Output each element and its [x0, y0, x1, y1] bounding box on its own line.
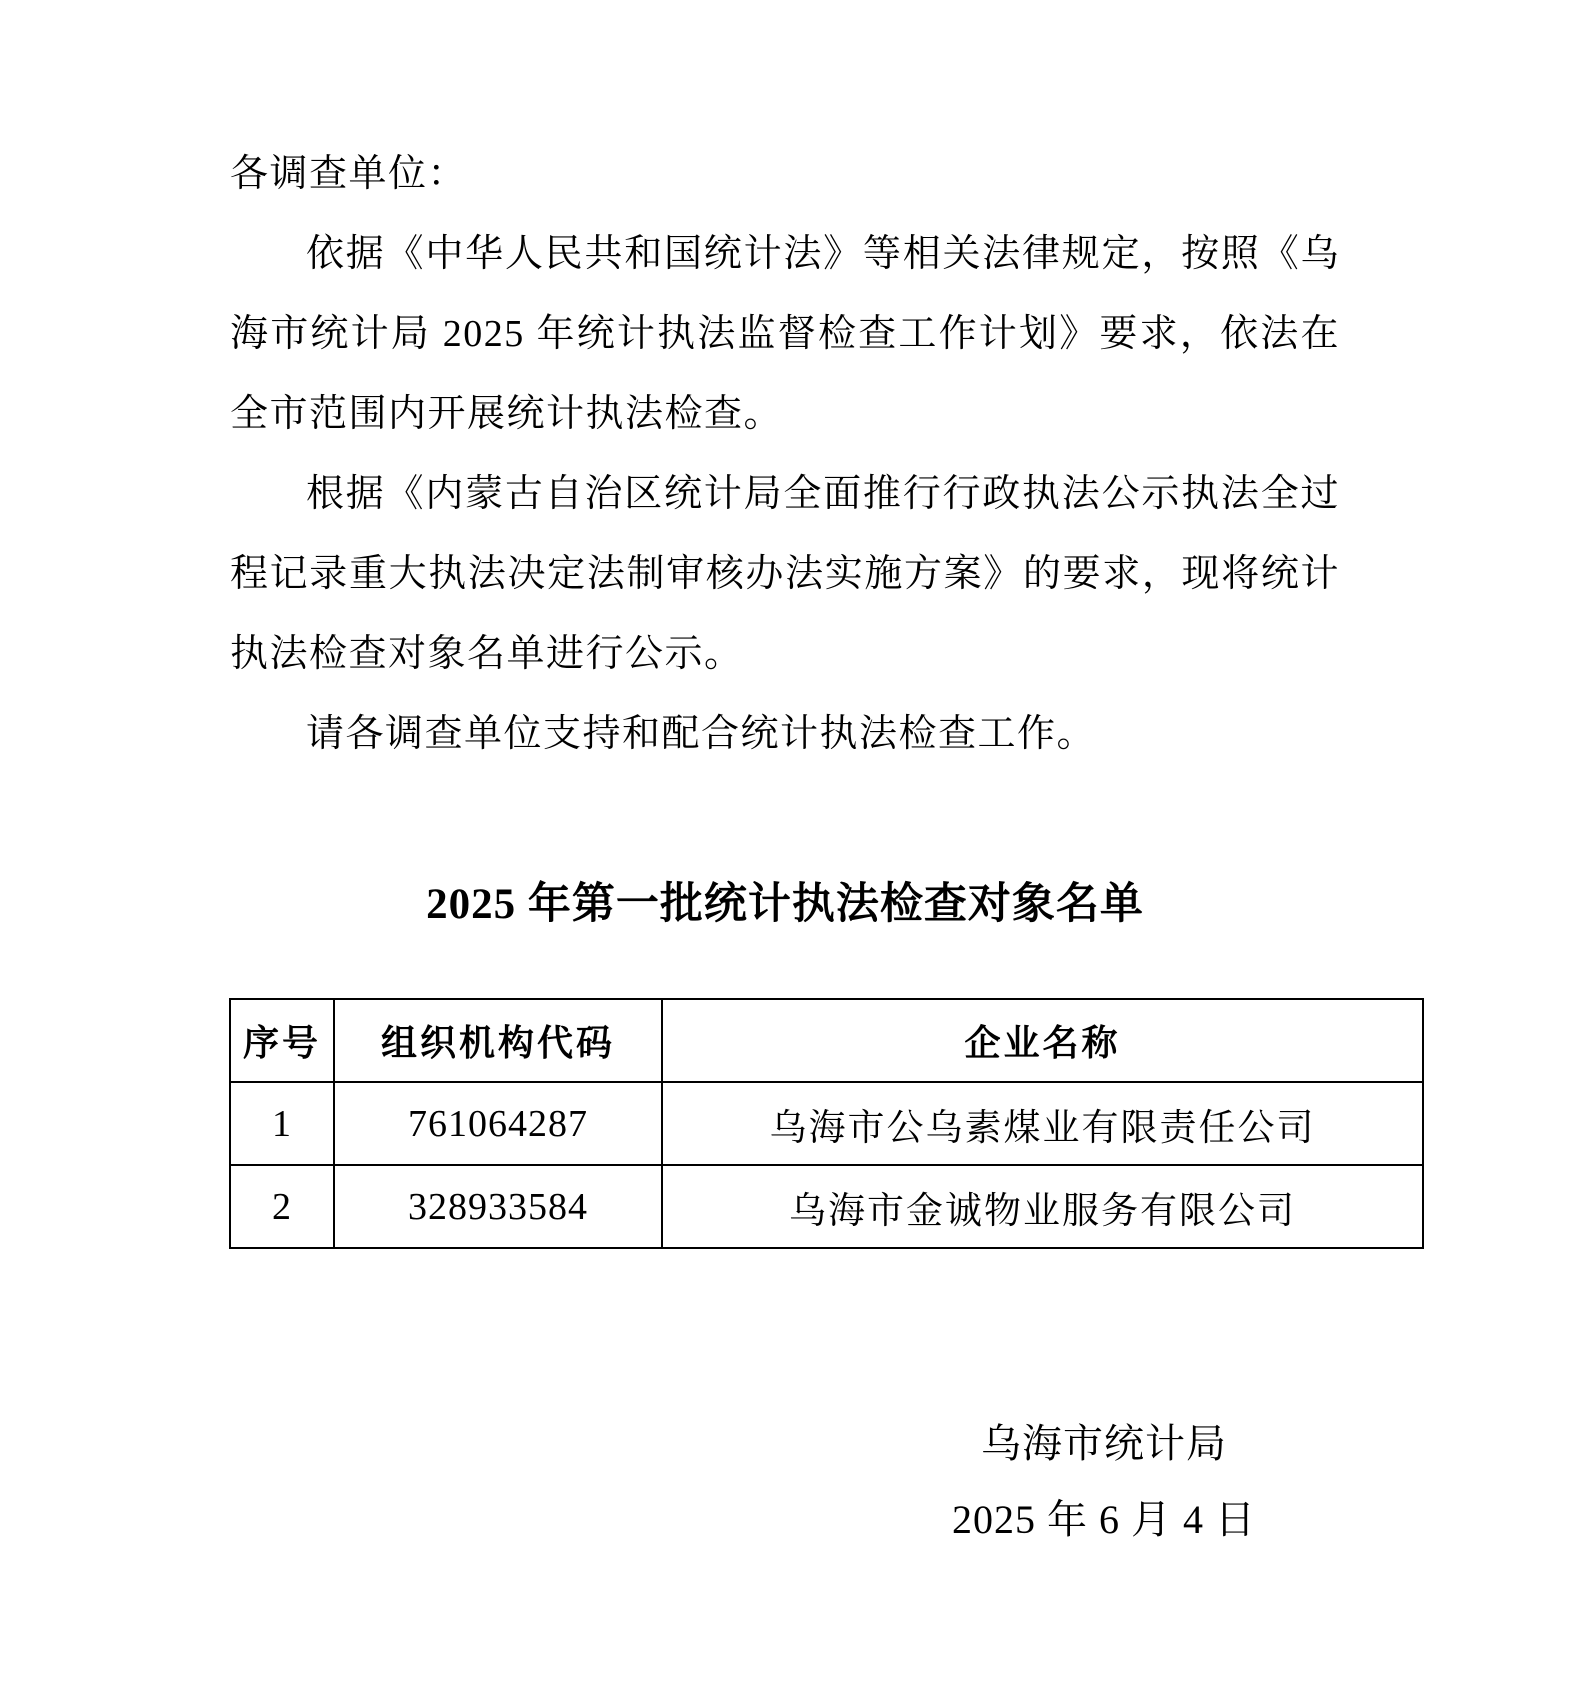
document-body: 各调查单位： 依据《中华人民共和国统计法》等相关法律规定，按照《乌海市统计局 2… [230, 134, 1340, 774]
table-row: 2 328933584 乌海市金诚物业服务有限公司 [230, 1165, 1423, 1248]
cell-serial-number: 2 [230, 1165, 334, 1248]
col-header-org-code: 组织机构代码 [334, 999, 662, 1082]
salutation: 各调查单位： [230, 134, 1340, 214]
signature-date: 2025 年 6 月 4 日 [872, 1497, 1336, 1543]
cell-org-code: 761064287 [334, 1082, 662, 1165]
cell-company-name: 乌海市公乌素煤业有限责任公司 [662, 1082, 1423, 1165]
col-header-company-name: 企业名称 [662, 999, 1423, 1082]
document-page: 各调查单位： 依据《中华人民共和国统计法》等相关法律规定，按照《乌海市统计局 2… [0, 0, 1587, 1693]
body-paragraph-2: 根据《内蒙古自治区统计局全面推行行政执法公示执法全过程记录重大执法决定法制审核办… [230, 454, 1340, 694]
cell-serial-number: 1 [230, 1082, 334, 1165]
signature-org: 乌海市统计局 [878, 1421, 1330, 1467]
cell-company-name: 乌海市金诚物业服务有限公司 [662, 1165, 1423, 1248]
table-header-row: 序号 组织机构代码 企业名称 [230, 999, 1423, 1082]
inspection-targets-table: 序号 组织机构代码 企业名称 1 761064287 乌海市公乌素煤业有限责任公… [229, 998, 1424, 1249]
table-row: 1 761064287 乌海市公乌素煤业有限责任公司 [230, 1082, 1423, 1165]
cell-org-code: 328933584 [334, 1165, 662, 1248]
col-header-serial-number: 序号 [230, 999, 334, 1082]
list-title: 2025 年第一批统计执法检查对象名单 [230, 880, 1340, 929]
body-paragraph-1: 依据《中华人民共和国统计法》等相关法律规定，按照《乌海市统计局 2025 年统计… [230, 214, 1340, 454]
body-paragraph-3: 请各调查单位支持和配合统计执法检查工作。 [230, 694, 1340, 774]
